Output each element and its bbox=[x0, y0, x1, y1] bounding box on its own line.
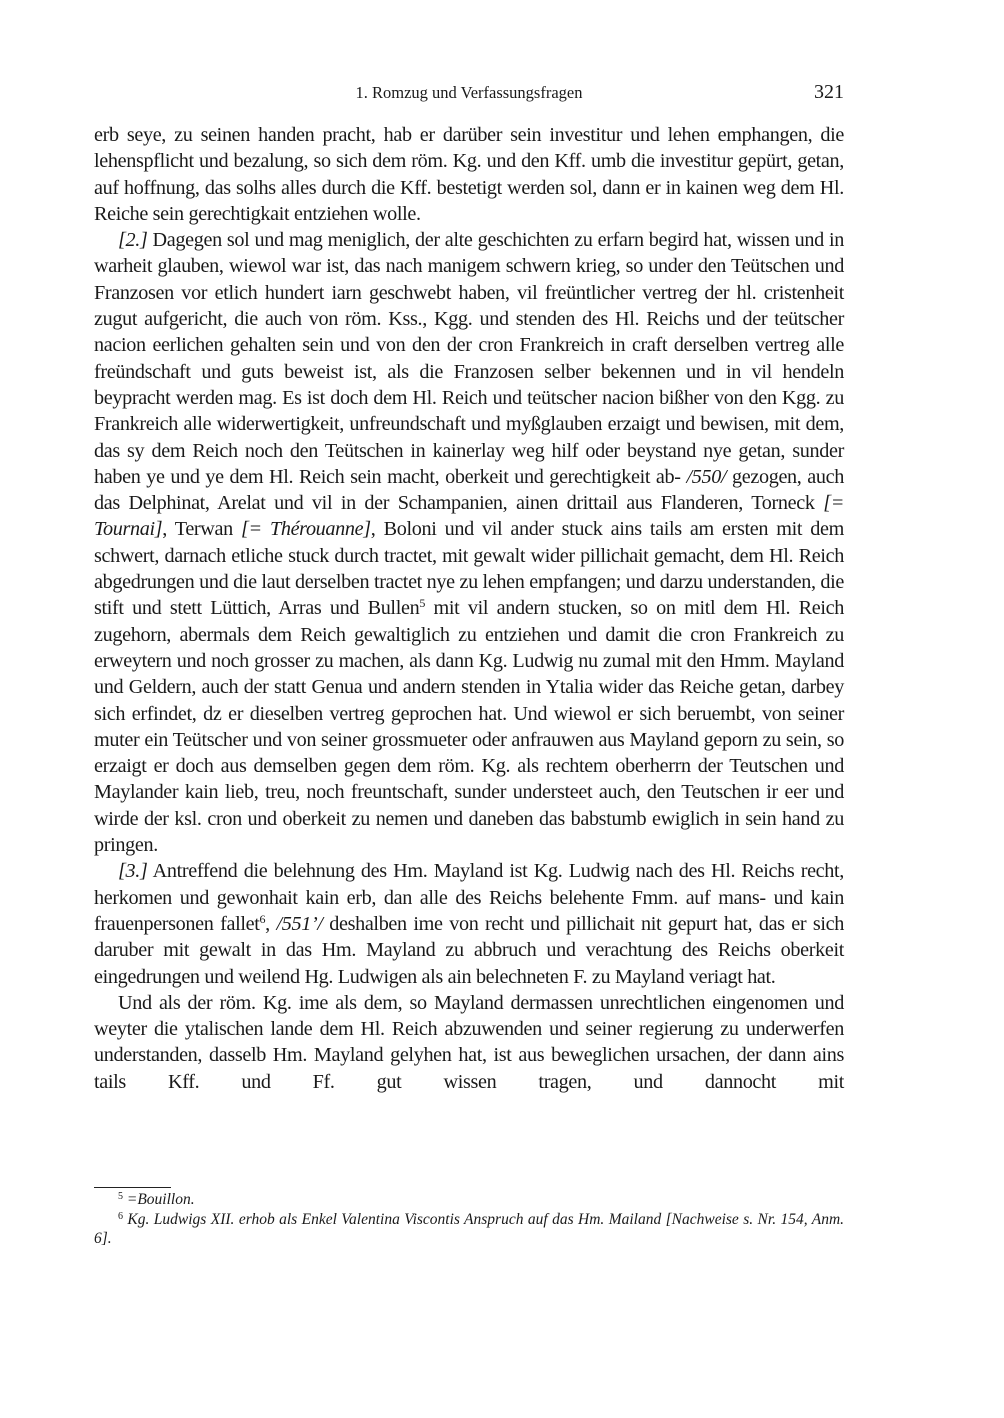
footnote-number: 5 bbox=[118, 1191, 123, 1202]
editorial-annotation: [= Thérouanne] bbox=[241, 518, 371, 540]
page-number: 321 bbox=[814, 81, 844, 104]
paragraph: erb seye, zu seinen handen pracht, hab e… bbox=[94, 122, 844, 227]
paragraph: [3.] Antreffend die belehnung des Hm. Ma… bbox=[94, 858, 844, 989]
editorial-annotation: /551’/ bbox=[276, 913, 322, 935]
main-text: erb seye, zu seinen handen pracht, hab e… bbox=[94, 122, 844, 1095]
text-run: erb seye, zu seinen handen pracht, hab e… bbox=[94, 124, 844, 225]
text-run: Und als der röm. Kg. ime als dem, so May… bbox=[94, 992, 844, 1093]
paragraph: Und als der röm. Kg. ime als dem, so May… bbox=[94, 990, 844, 1095]
footnote-text: Kg. Ludwigs XII. erhob als Enkel Valenti… bbox=[94, 1211, 844, 1248]
footnote-divider bbox=[94, 1187, 171, 1188]
text-run: , Terwan bbox=[162, 518, 241, 540]
editorial-annotation: [2.] bbox=[118, 229, 147, 251]
text-run: mit vil andern stucken, so on mitl dem H… bbox=[94, 597, 844, 856]
footnote-text: =Bouillon. bbox=[127, 1191, 195, 1208]
footnote: 6 Kg. Ludwigs XII. erhob als Enkel Valen… bbox=[94, 1210, 844, 1249]
footnotes: 5 =Bouillon. 6 Kg. Ludwigs XII. erhob al… bbox=[94, 1190, 844, 1249]
text-run: Dagegen sol und mag meniglich, der alte … bbox=[94, 229, 844, 488]
running-title: 1. Romzug und Verfassungsfragen bbox=[94, 83, 844, 103]
editorial-annotation: [3.] bbox=[118, 860, 147, 882]
paragraph: [2.] Dagegen sol und mag meniglich, der … bbox=[94, 227, 844, 858]
editorial-annotation: /550/ bbox=[686, 466, 726, 488]
footnote-number: 6 bbox=[118, 1211, 123, 1222]
running-header: 1. Romzug und Verfassungsfragen 321 bbox=[94, 83, 844, 107]
footnote: 5 =Bouillon. bbox=[94, 1190, 844, 1210]
text-run: , bbox=[265, 913, 276, 935]
